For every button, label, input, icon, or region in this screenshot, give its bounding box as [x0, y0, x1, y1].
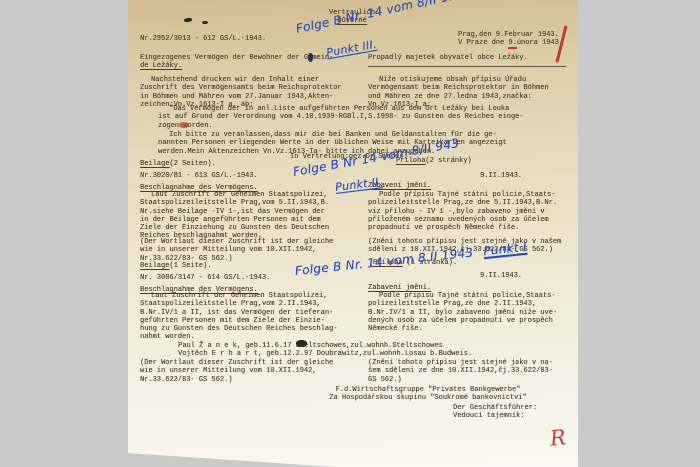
ink-blot-subject: [308, 53, 313, 62]
section2-note-czech: (Znění tohoto přípisu jest stejné jako v…: [368, 359, 574, 384]
enclosure-2-german: Beilage(1 Seite).: [140, 262, 211, 270]
section1-body-german: Laut Zuschrift der Geheimen Staatspolize…: [140, 191, 362, 241]
signature-role: Der Geschäftsführer: Vedoucí tajemník:: [453, 404, 537, 421]
dateline-czech-pre: V Praze dne: [458, 39, 508, 47]
dateline: Prag,den 9.Februar 1943. V Praze dne 9.ú…: [458, 31, 563, 48]
ref-number-1: Nr.2952/3013 - 612 GS/L.-1943.: [140, 35, 266, 43]
enclosure-1-german: Beilage(2 Seiten).: [140, 160, 216, 168]
signature-org-czech: Za Hospodářskou skupinu "Soukromé bankov…: [303, 394, 553, 402]
section2-body-czech: Podle přípisu Tajné státní policie,Staat…: [368, 292, 574, 333]
section1-body-czech: Podle přípisu Tajné státní policie,Staat…: [368, 191, 574, 232]
dateline-czech: V Praze dne 9.února 1943.: [458, 39, 563, 47]
handwritten-annotation-3b: Punkt I: [483, 240, 528, 258]
section1-note-german: (Der Wortlaut dieser Zuschrift ist der g…: [140, 238, 362, 263]
subject-german: Eingezogenes Vermögen der Bewohner der G…: [140, 54, 333, 71]
subject-czech: Propadlý majetek obyvatel obce Ležáky.: [368, 54, 528, 62]
red-initial: R: [549, 425, 567, 451]
ink-blot-names: [296, 340, 307, 347]
enclosure-1-czech-rest: (2 stránky): [425, 157, 471, 165]
person-name-2: Vojtěch E r h a r t, geb.12.2.97 Doubraw…: [178, 350, 472, 358]
enclosure-1-german-word: Beilage: [140, 160, 169, 168]
subject-underline-rule: [368, 66, 566, 67]
enclosure-2-german-rest: (1 Seite).: [169, 262, 211, 270]
enclosure-1-german-rest: (2 Seiten).: [169, 160, 215, 168]
enclosure-2-german-word: Beilage: [140, 262, 169, 270]
signature-org: F.d.Wirtschaftsgruppe "Privates Bankgewe…: [303, 386, 553, 403]
signature-role-german: Der Geschäftsführer:: [453, 404, 537, 412]
ink-speck-2: [202, 21, 208, 24]
section2-date: 9.II.1943.: [480, 272, 522, 280]
section2-body-german: Laut Zuschrift der Geheimen Staatspolize…: [140, 292, 362, 342]
signature-role-czech: Vedoucí tajemník:: [453, 412, 537, 420]
ref-number-2: Nr.3020/81 - 613 GS/L.-1943.: [140, 172, 258, 180]
document-page: Vertraulich Důvěrné Nr.2952/3013 - 612 G…: [128, 0, 578, 467]
dateline-german: Prag,den 9.Februar 1943.: [458, 31, 563, 39]
subject-german-line1: Eingezogenes Vermögen der Bewohner der G…: [140, 54, 333, 62]
date-day-marked: 9.: [508, 39, 516, 49]
section2-note-german: (Der Wortlaut dieser Zuschrift ist der g…: [140, 359, 362, 384]
red-smudge: [179, 122, 189, 128]
subject-german-line2: de Ležáky.: [140, 62, 333, 70]
section1-date: 9.II.1943.: [480, 172, 522, 180]
ink-speck-1: [184, 17, 192, 22]
quoted-letter-paragraph-1: "Das Vermögen der in anl.Liste aufgeführ…: [158, 105, 542, 130]
signature-org-german: F.d.Wirtschaftsgruppe "Privates Bankgewe…: [303, 386, 553, 394]
dateline-czech-post: února 1943.: [517, 39, 563, 47]
ref-number-3: Nr. 3086/3147 - 614 GS/L.-1943.: [140, 274, 270, 282]
